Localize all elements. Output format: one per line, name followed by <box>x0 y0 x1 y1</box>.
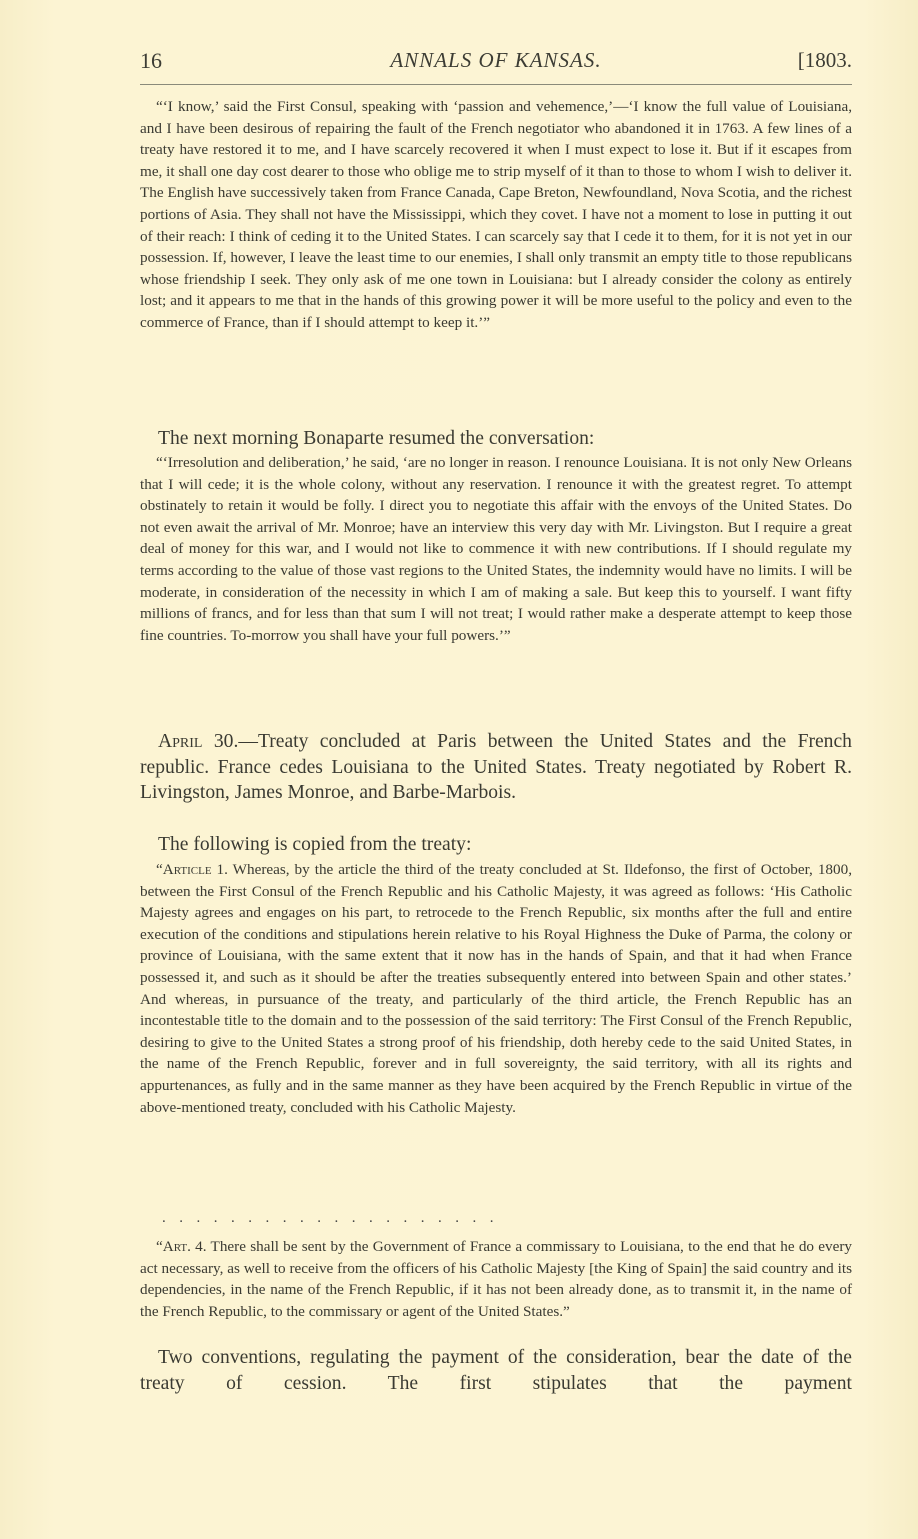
article-lead: Article <box>163 861 212 878</box>
paragraph-text: —Treaty concluded at Paris between the U… <box>140 731 852 803</box>
paragraph: “‘Irresolution and deliberation,’ he sai… <box>140 452 852 646</box>
paragraph-text: 4. There shall be sent by the Government… <box>140 1238 852 1320</box>
open-quote: “ <box>156 1238 163 1255</box>
book-page: 16 ANNALS OF KANSAS. [1803. “‘I know,’ s… <box>0 0 918 1539</box>
paragraph: April 30.—Treaty concluded at Paris betw… <box>140 729 852 806</box>
narrative-conventions: Two conventions, regulating the payment … <box>140 1345 852 1396</box>
paragraph: “Article 1. Whereas, by the article the … <box>140 859 852 1118</box>
paragraph: The next morning Bonaparte resumed the c… <box>140 426 852 452</box>
running-header: 16 ANNALS OF KANSAS. [1803. <box>140 48 852 78</box>
treaty-article-4: “Art. 4. There shall be sent by the Gove… <box>140 1236 852 1322</box>
quote-irresolution: “‘Irresolution and deliberation,’ he sai… <box>140 452 852 646</box>
date-lead: April 30. <box>158 731 238 752</box>
header-year: [1803. <box>798 48 852 73</box>
elision-dots: .................... <box>140 1208 852 1230</box>
treaty-article-1: “Article 1. Whereas, by the article the … <box>140 859 852 1118</box>
paragraph-text: 1. Whereas, by the article the third of … <box>140 861 852 1116</box>
header-rule <box>140 84 852 85</box>
paragraph: Two conventions, regulating the payment … <box>140 1345 852 1396</box>
open-quote: “ <box>156 861 163 878</box>
quote-first-consul: “‘I know,’ said the First Consul, speaki… <box>140 96 852 334</box>
paragraph: “Art. 4. There shall be sent by the Gove… <box>140 1236 852 1322</box>
running-title: ANNALS OF KANSAS. <box>140 48 852 73</box>
article-lead: Art. <box>163 1238 191 1255</box>
paragraph: The following is copied from the treaty: <box>140 832 852 858</box>
paragraph: “‘I know,’ said the First Consul, speaki… <box>140 96 852 334</box>
narrative-next-morning: The next morning Bonaparte resumed the c… <box>140 426 852 452</box>
ellipsis-row: .................... <box>140 1208 852 1230</box>
narrative-april-30: April 30.—Treaty concluded at Paris betw… <box>140 729 852 806</box>
narrative-following: The following is copied from the treaty: <box>140 832 852 858</box>
